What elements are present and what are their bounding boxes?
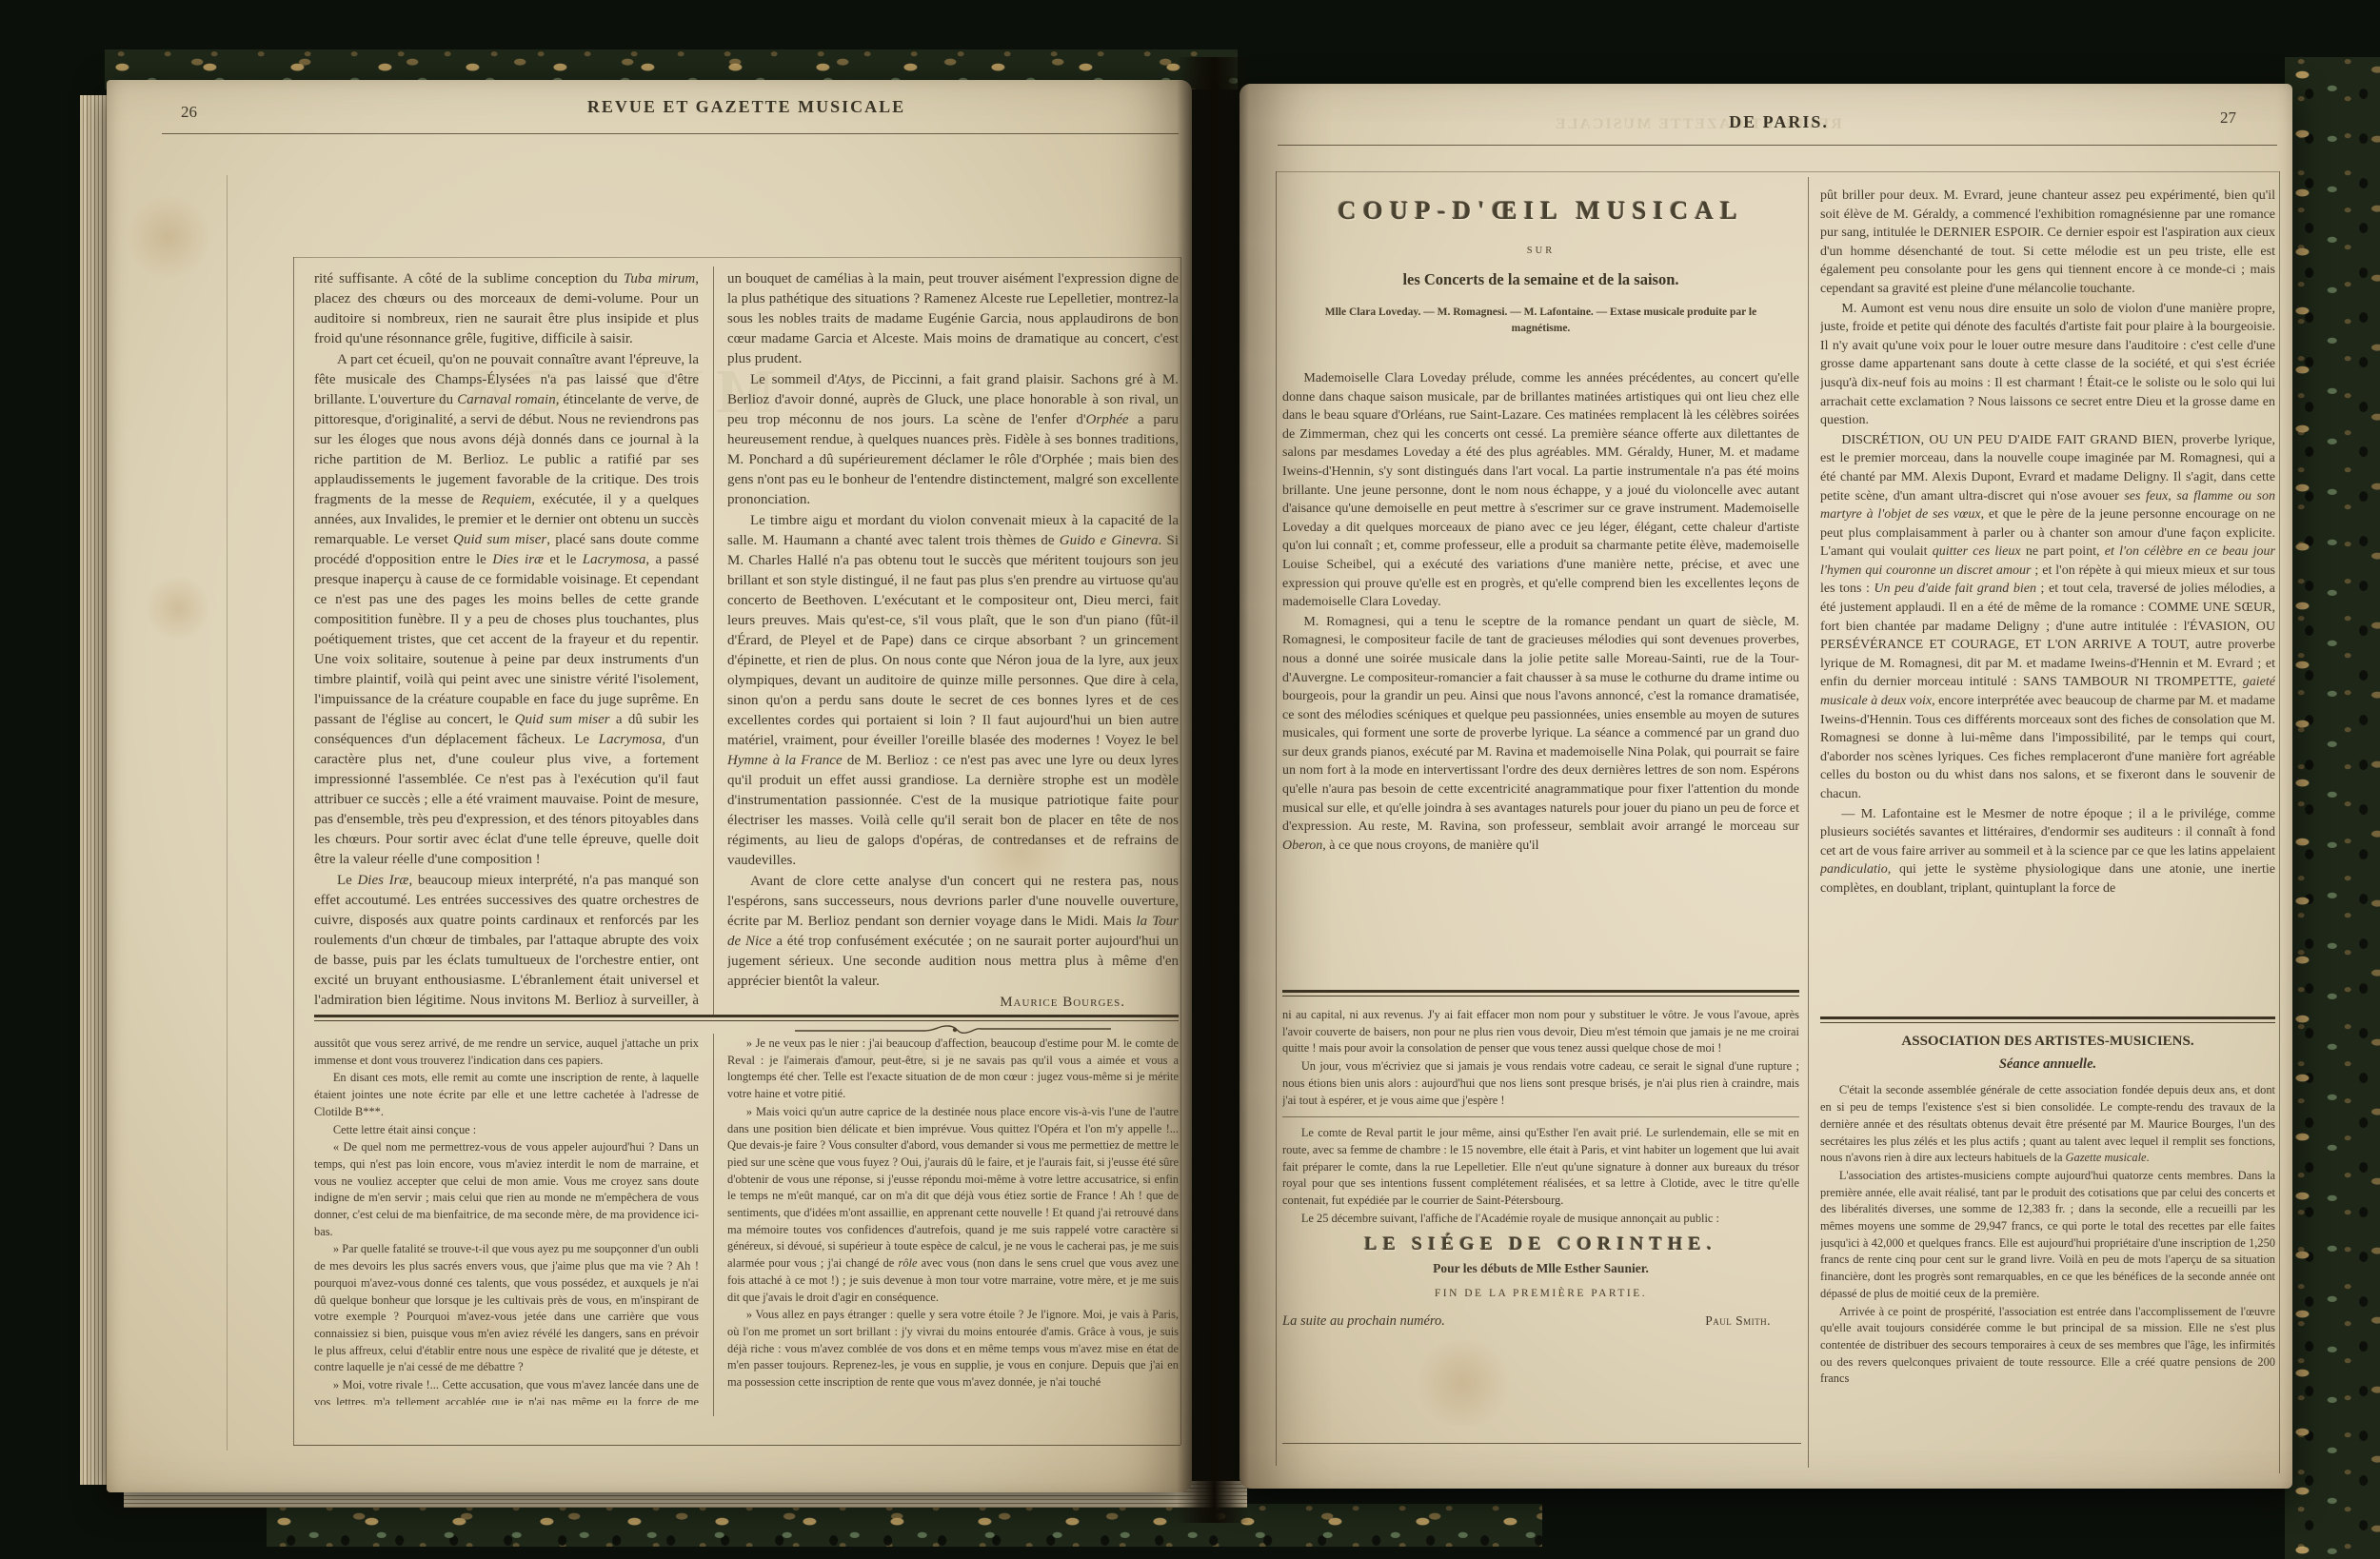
association-title: ASSOCIATION DES ARTISTES-MUSICIENS. xyxy=(1820,1034,2275,1051)
association-paragraph: Arrivée à ce point de prospérité, l'asso… xyxy=(1820,1304,2275,1389)
right-page-masthead: DE PARIS. xyxy=(1282,112,2275,132)
article-paragraph: M. Romagnesi, qui a tenu le sceptre de l… xyxy=(1282,613,1799,856)
feuilleton-paragraph: aussitôt que vous serez arrivé, de me re… xyxy=(314,1036,699,1069)
article-title: COUP-D'ŒIL MUSICAL xyxy=(1282,196,1799,226)
feuilleton-paragraph: » Mais voici qu'un autre caprice de la d… xyxy=(727,1104,1179,1306)
article-paragraph: Mademoiselle Clara Loveday prélude, comm… xyxy=(1282,369,1799,612)
feuilleton-paragraph: Un jour, vous m'écriviez que si jamais j… xyxy=(1282,1058,1799,1109)
feuilleton-paragraph: Le 25 décembre suivant, l'affiche de l'A… xyxy=(1282,1211,1799,1228)
association-subtitle: Séance annuelle. xyxy=(1820,1056,2275,1074)
section-double-rule xyxy=(314,1015,1179,1021)
left-page: MUSICALE CONCERT 26 REVUE ET GAZETTE MUS… xyxy=(107,80,1192,1492)
association-paragraph: C'était la seconde assemblée générale de… xyxy=(1820,1082,2275,1167)
coup-doeil-column-1: Mademoiselle Clara Loveday prélude, comm… xyxy=(1282,369,1799,988)
article-paragraph: — M. Lafontaine est le Mesmer de notre é… xyxy=(1820,805,2275,898)
article-subtitle: les Concerts de la semaine et de la sais… xyxy=(1282,270,1799,289)
continuation-note: La suite au prochain numéro. xyxy=(1282,1313,1445,1331)
header-rule xyxy=(162,133,1179,134)
frame-line-bottom xyxy=(1282,1443,1801,1444)
feuilleton-continuation: ni au capital, ni aux revenus. J'y ai fa… xyxy=(1282,1007,1799,1433)
feuilleton-paragraph: « De quel nom me permettrez-vous de vous… xyxy=(314,1139,699,1240)
article-paragraph: rité suffisante. A côté de la sublime co… xyxy=(314,269,699,349)
feuilleton-column-1: aussitôt que vous serez arrivé, de me re… xyxy=(314,1036,699,1405)
frame-line xyxy=(1276,171,2279,172)
continuation-row: La suite au prochain numéro. Paul Smith. xyxy=(1282,1312,1799,1331)
feuilleton-paragraph: ni au capital, ni aux revenus. J'y ai fa… xyxy=(1282,1007,1799,1057)
marbled-cover-edge-bottom xyxy=(267,1504,1542,1547)
frame-line xyxy=(1180,257,1181,1445)
article-title-sur: SUR xyxy=(1282,246,1799,256)
coup-doeil-column-2: pût briller pour deux. M. Evrard, jeune … xyxy=(1820,187,2275,1011)
foxing-spot xyxy=(126,194,211,280)
frame-line-bottom xyxy=(293,1445,1180,1446)
section-double-rule xyxy=(1282,990,1799,997)
feuilleton-paragraph: » Je ne veux pas le nier : j'ai beaucoup… xyxy=(727,1036,1179,1103)
association-paragraph: L'association des artistes-musiciens com… xyxy=(1820,1168,2275,1303)
foxing-spot xyxy=(145,575,211,641)
frame-line xyxy=(293,257,294,1445)
page-number-right: 27 xyxy=(2220,109,2236,128)
feuilleton-paragraph: » Vous allez en pays étranger : quelle y… xyxy=(727,1307,1179,1391)
frame-line xyxy=(227,175,228,1450)
article-signature: Maurice Bourges. xyxy=(727,993,1179,1013)
main-article-column-2: un bouquet de camélias à la main, peut t… xyxy=(727,269,1179,1088)
article-paragraph: A part cet écueil, qu'on ne pouvait conn… xyxy=(314,350,699,870)
scene-break-rule xyxy=(1282,1116,1799,1117)
poster-subtitle: Pour les débuts de Mlle Esther Saunier. xyxy=(1282,1260,1799,1277)
feuilleton-paragraph: » Par quelle fatalité se trouve-t-il que… xyxy=(314,1241,699,1376)
frame-line xyxy=(293,257,1180,258)
feuilleton-paragraph: Le comte de Reval partit le jour même, a… xyxy=(1282,1125,1799,1210)
column-divider xyxy=(713,1034,714,1416)
feuilleton-column-2: » Je ne veux pas le nier : j'ai beaucoup… xyxy=(727,1036,1179,1405)
page-number-left: 26 xyxy=(181,103,197,122)
article-paragraph: Le sommeil d'Atys, de Piccinni, a fait g… xyxy=(727,370,1179,510)
article-paragraph: pût briller pour deux. M. Evrard, jeune … xyxy=(1820,187,2275,299)
frame-line xyxy=(1276,171,1277,1466)
article-paragraph: Le Dies Iræ, beaucoup mieux interprété, … xyxy=(314,871,699,1014)
frame-line xyxy=(2279,171,2280,1473)
article-paragraph: DISCRÉTION, OU UN PEU D'AIDE FAIT GRAND … xyxy=(1820,431,2275,804)
main-article-column-1: rité suffisante. A côté de la sublime co… xyxy=(314,269,699,1014)
fin-line: FIN DE LA PREMIÈRE PARTIE. xyxy=(1282,1286,1799,1303)
feuilleton-paragraph: En disant ces mots, elle remit au comte … xyxy=(314,1070,699,1120)
section-double-rule xyxy=(1820,1016,2275,1023)
header-rule xyxy=(1278,145,2277,146)
book-scan-scene: MUSICALE CONCERT 26 REVUE ET GAZETTE MUS… xyxy=(0,0,2380,1559)
feuilleton-signature: Paul Smith. xyxy=(1705,1312,1799,1330)
column-divider xyxy=(713,266,714,1015)
article-paragraph: Avant de clore cette analyse d'un concer… xyxy=(727,872,1179,992)
left-page-masthead: REVUE ET GAZETTE MUSICALE xyxy=(314,97,1179,117)
article-paragraph: Le timbre aigu et mordant du violon conv… xyxy=(727,511,1179,871)
article-paragraph: M. Aumont est venu nous dire ensuite un … xyxy=(1820,300,2275,430)
article-byline: Mlle Clara Loveday. — M. Romagnesi. — M.… xyxy=(1311,305,1771,337)
poster-title: LE SIÉGE DE CORINTHE. xyxy=(1282,1236,1799,1253)
article-paragraph: un bouquet de camélias à la main, peut t… xyxy=(727,269,1179,369)
column-divider xyxy=(1808,177,1809,1468)
right-page: REVUE ET GAZETTE MUSICALE DE PARIS. 27 C… xyxy=(1240,84,2292,1489)
feuilleton-paragraph: Cette lettre était ainsi conçue : xyxy=(314,1122,699,1139)
association-section: ASSOCIATION DES ARTISTES-MUSICIENS. Séan… xyxy=(1820,1034,2275,1473)
marbled-cover-edge-right xyxy=(2285,57,2380,1559)
feuilleton-paragraph: » Moi, votre rivale !... Cette accusatio… xyxy=(314,1377,699,1405)
